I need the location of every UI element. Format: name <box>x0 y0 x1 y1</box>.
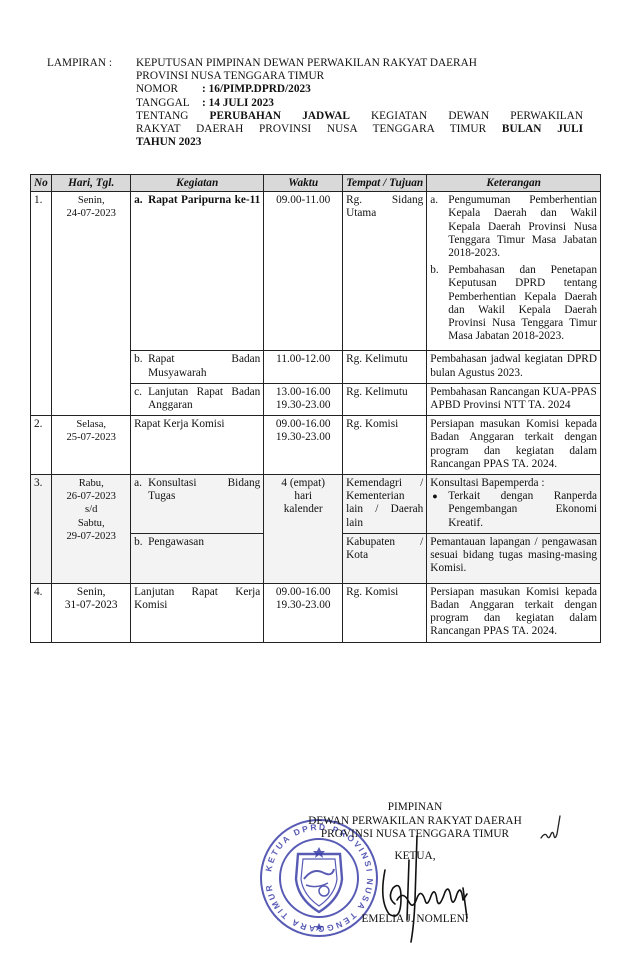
cell-tempat: Rg. Komisi <box>343 583 427 642</box>
keterangan-item: b. Pembahasan dan Penetapan Keputusan DP… <box>430 264 597 343</box>
cell-keterangan: Persiapan masukan Komisi kepada Badan An… <box>427 583 601 642</box>
cell-kegiatan: c. Lanjutan Rapat Badan Anggaran <box>131 383 264 415</box>
cell-tempat: Kabupaten / Kota <box>343 533 427 583</box>
cell-keterangan: a. Pengumuman Pemberhentian Kepala Daera… <box>427 192 601 351</box>
cell-keterangan: Pembahasan Rancangan KUA-PPAS APBD Provi… <box>427 383 601 415</box>
cell-tempat: Rg. Sidang Utama <box>343 192 427 351</box>
cell-keterangan: Pembahasan jadwal kegiatan DPRD bulan Ag… <box>427 351 601 383</box>
kegiatan-item: b. Pengawasan <box>134 536 260 549</box>
cell-tempat: Rg. Kelimutu <box>343 383 427 415</box>
hari-day: Senin, <box>55 586 127 599</box>
tanggal-value: : 14 JULI 2023 <box>202 97 274 110</box>
cell-tempat: Kemendagri / Kementerian lain / Daerah l… <box>343 475 427 534</box>
col-header-keterangan: Keterangan <box>427 175 601 192</box>
tentang-bold-1: PERUBAHAN JADWAL <box>210 110 350 122</box>
hari-date: 29-07-2023 <box>55 530 127 543</box>
cell-kegiatan: a. Rapat Paripurna ke-11 <box>131 192 264 351</box>
item-marker: a. <box>134 477 148 503</box>
cell-tempat: Rg. Kelimutu <box>343 351 427 383</box>
hari-day: Rabu, <box>55 477 127 490</box>
cell-kegiatan: a. Konsultasi Bidang Tugas <box>131 475 264 534</box>
cell-no: 1. <box>31 192 52 416</box>
cell-kegiatan: Lanjutan Rapat Kerja Komisi <box>131 583 264 642</box>
cell-tempat: Rg. Komisi <box>343 416 427 475</box>
cell-hari: Senin, 24-07-2023 <box>52 192 131 416</box>
keterangan-text: Pengumuman Pemberhentian Kepala Daerah d… <box>448 194 597 260</box>
waktu-line: 09.00-16.00 <box>267 418 339 431</box>
cell-kegiatan: Rapat Kerja Komisi <box>131 416 264 475</box>
lampiran-body: KEPUTUSAN PIMPINAN DEWAN PERWAKILAN RAKY… <box>136 57 583 149</box>
waktu-line: kalender <box>267 503 339 516</box>
kegiatan-text: Lanjutan Rapat Badan Anggaran <box>148 386 260 412</box>
tentang-line-2: RAKYAT DAERAH PROVINSI NUSA TENGGARA TIM… <box>136 123 583 136</box>
cell-keterangan: Pemantauan lapangan / pengawasan sesuai … <box>427 533 601 583</box>
col-header-hari: Hari, Tgl. <box>52 175 131 192</box>
bullet-icon: ● <box>430 490 448 530</box>
cell-kegiatan: b. Pengawasan <box>131 533 264 583</box>
cell-waktu: 4 (empat) hari kalender <box>264 475 343 584</box>
waktu-line: 19.30-23.00 <box>267 431 339 444</box>
hari-date: 31-07-2023 <box>55 599 127 612</box>
handwritten-signature-icon <box>365 830 485 950</box>
cell-keterangan: Persiapan masukan Komisi kepada Badan An… <box>427 416 601 475</box>
item-marker: b. <box>134 536 148 549</box>
cell-hari: Rabu, 26-07-2023 s/d Sabtu, 29-07-2023 <box>52 475 131 584</box>
cell-waktu: 09.00-16.00 19.30-23.00 <box>264 416 343 475</box>
cell-no: 2. <box>31 416 52 475</box>
col-header-kegiatan: Kegiatan <box>131 175 264 192</box>
keterangan-item: a. Pengumuman Pemberhentian Kepala Daera… <box>430 194 597 260</box>
hari-date: 25-07-2023 <box>55 431 127 444</box>
decree-title-line-1: KEPUTUSAN PIMPINAN DEWAN PERWAKILAN RAKY… <box>136 57 583 70</box>
tentang-prefix: TENTANG <box>136 110 188 122</box>
hari-day: Senin, <box>55 194 127 207</box>
cell-keterangan: Konsultasi Bapemperda : ● Terkait dengan… <box>427 475 601 534</box>
keterangan-text: Pembahasan dan Penetapan Keputusan DPRD … <box>448 264 597 343</box>
cell-waktu: 13.00-16.00 19.30-23.00 <box>264 383 343 415</box>
tanggal-row: TANGGAL : 14 JULI 2023 <box>136 97 583 110</box>
hari-day: Sabtu, <box>55 517 127 530</box>
nomor-row: NOMOR : 16/PIMP.DPRD/2023 <box>136 83 583 96</box>
tentang-bold-2: BULAN JULI <box>502 123 583 135</box>
tanggal-label: TANGGAL <box>136 97 202 110</box>
cell-kegiatan: b. Rapat Badan Musyawarah <box>131 351 264 383</box>
table-header-row: No Hari, Tgl. Kegiatan Waktu Tempat / Tu… <box>31 175 601 192</box>
cell-no: 3. <box>31 475 52 584</box>
item-marker: c. <box>134 386 148 412</box>
col-header-no: No <box>31 175 52 192</box>
hari-range-sep: s/d <box>55 503 127 516</box>
kegiatan-text: Rapat Paripurna ke-11 <box>148 194 260 207</box>
waktu-line: 09.00-16.00 <box>267 586 339 599</box>
waktu-line: 13.00-16.00 <box>267 386 339 399</box>
nomor-value: : 16/PIMP.DPRD/2023 <box>202 83 311 96</box>
waktu-line: 19.30-23.00 <box>267 399 339 412</box>
kegiatan-text: Pengawasan <box>148 536 260 549</box>
item-marker: a. <box>134 194 148 207</box>
tentang-mid-1: KEGIATAN DEWAN PERWAKILAN <box>371 110 583 122</box>
waktu-line: 19.30-23.00 <box>267 599 339 612</box>
item-marker: a. <box>430 194 448 260</box>
keterangan-heading: Konsultasi Bapemperda : <box>430 477 597 490</box>
lampiran-label: LAMPIRAN : <box>47 57 112 70</box>
decree-title-line-2: PROVINSI NUSA TENGGARA TIMUR <box>136 70 583 83</box>
item-marker: b. <box>134 353 148 379</box>
paraf-scribble-icon <box>538 814 566 844</box>
cell-hari: Senin, 31-07-2023 <box>52 583 131 642</box>
nomor-label: NOMOR <box>136 83 202 96</box>
table-row: 4. Senin, 31-07-2023 Lanjutan Rapat Kerj… <box>31 583 601 642</box>
hari-date: 26-07-2023 <box>55 490 127 503</box>
kegiatan-item: b. Rapat Badan Musyawarah <box>134 353 260 379</box>
cell-waktu: 11.00-12.00 <box>264 351 343 383</box>
table-row: 3. Rabu, 26-07-2023 s/d Sabtu, 29-07-202… <box>31 475 601 534</box>
col-header-waktu: Waktu <box>264 175 343 192</box>
tentang-mid-2: RAKYAT DAERAH PROVINSI NUSA TENGGARA TIM… <box>136 123 486 135</box>
kegiatan-item: c. Lanjutan Rapat Badan Anggaran <box>134 386 260 412</box>
cell-hari: Selasa, 25-07-2023 <box>52 416 131 475</box>
schedule-table: No Hari, Tgl. Kegiatan Waktu Tempat / Tu… <box>30 174 601 643</box>
waktu-line: 4 (empat) <box>267 477 339 490</box>
kegiatan-text: Rapat Badan Musyawarah <box>148 353 260 379</box>
signature-line-2: DEWAN PERWAKILAN RAKYAT DAERAH <box>300 815 530 829</box>
waktu-line: hari <box>267 490 339 503</box>
hari-day: Selasa, <box>55 418 127 431</box>
keterangan-text: Terkait dengan Ranperda Pengembangan Eko… <box>448 490 597 530</box>
tentang-line-3: TAHUN 2023 <box>136 136 583 149</box>
hari-date: 24-07-2023 <box>55 207 127 220</box>
kegiatan-item: a. Konsultasi Bidang Tugas <box>134 477 260 503</box>
tentang-line-1: TENTANG PERUBAHAN JADWAL KEGIATAN DEWAN … <box>136 110 583 123</box>
table-row: 2. Selasa, 25-07-2023 Rapat Kerja Komisi… <box>31 416 601 475</box>
col-header-tempat: Tempat / Tujuan <box>343 175 427 192</box>
keterangan-bullet: ● Terkait dengan Ranperda Pengembangan E… <box>430 490 597 530</box>
cell-no: 4. <box>31 583 52 642</box>
signature-line-1: PIMPINAN <box>300 801 530 815</box>
kegiatan-text: Konsultasi Bidang Tugas <box>148 477 260 503</box>
item-marker: b. <box>430 264 448 343</box>
table-row: 1. Senin, 24-07-2023 a. Rapat Paripurna … <box>31 192 601 351</box>
cell-waktu: 09.00-16.00 19.30-23.00 <box>264 583 343 642</box>
kegiatan-item: a. Rapat Paripurna ke-11 <box>134 194 260 207</box>
cell-waktu: 09.00-11.00 <box>264 192 343 351</box>
